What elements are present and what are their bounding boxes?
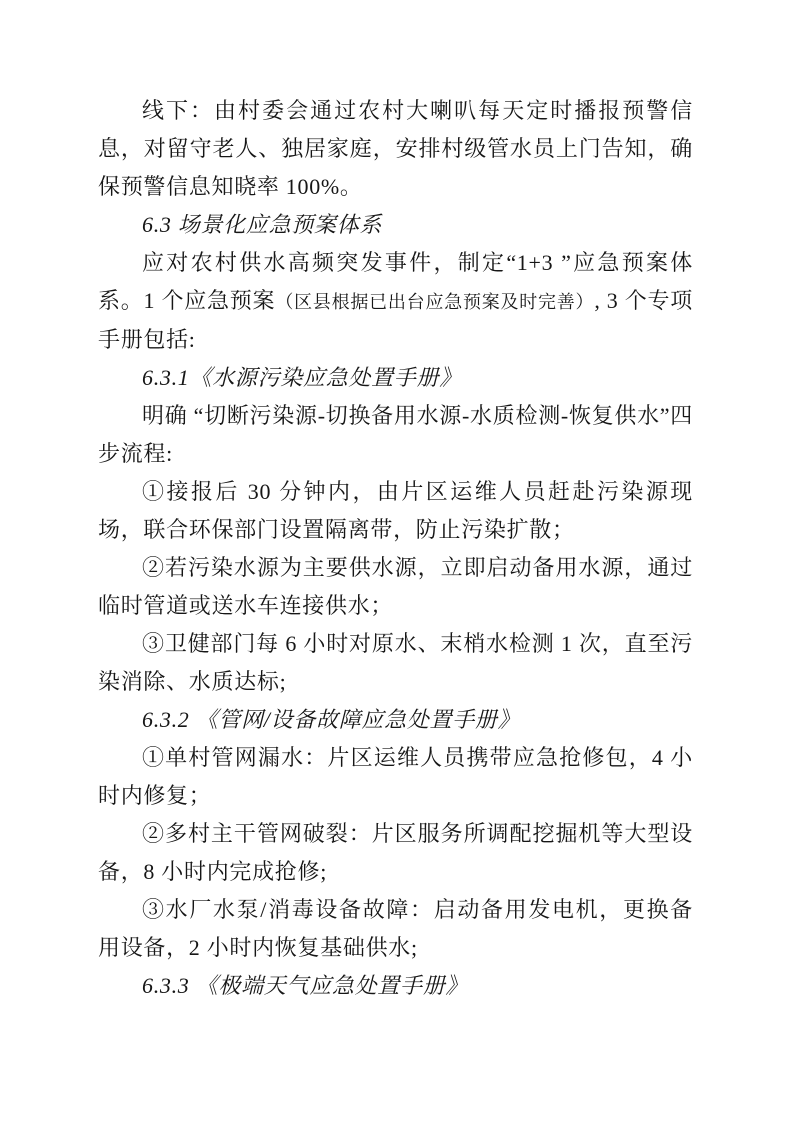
text-segment: 明确 “切断污染源-切换备用水源-水质检测-恢复供水”四步流程: — [98, 403, 693, 466]
text-segment: ③卫健部门每 6 小时对原水、末梢水检测 1 次，直至污染消除、水质达标; — [98, 631, 693, 694]
text-segment: 6.3.1《水源污染应急处置手册》 — [142, 365, 462, 390]
document-body: 线下：由村委会通过农村大喇叭每天定时播报预警信息，对留守老人、独居家庭，安排村级… — [98, 92, 693, 1005]
text-segment: ①单村管网漏水：片区运维人员携带应急抢修包，4 小时内修复； — [98, 745, 693, 808]
heading-6-3: 6.3 场景化应急预案体系 — [98, 206, 693, 244]
para-single-village-leak: ①单村管网漏水：片区运维人员携带应急抢修包，4 小时内修复； — [98, 739, 693, 815]
para-step-3-water-testing: ③卫健部门每 6 小时对原水、末梢水检测 1 次，直至污染消除、水质达标; — [98, 625, 693, 701]
parenthetical-note: （区县根据已出台应急预案及时完善） — [275, 292, 594, 312]
heading-6-3-1: 6.3.1《水源污染应急处置手册》 — [98, 359, 693, 397]
text-segment: ②若污染水源为主要供水源，立即启动备用水源，通过临时管道或送水车连接供水； — [98, 555, 693, 618]
text-segment: ①接报后 30 分钟内，由片区运维人员赶赴污染源现场，联合环保部门设置隔离带，防… — [98, 479, 693, 542]
para-multi-village-rupture: ②多村主干管网破裂：片区服务所调配挖掘机等大型设备，8 小时内完成抢修; — [98, 815, 693, 891]
text-segment: ③水厂水泵/消毒设备故障：启动备用发电机，更换备用设备，2 小时内恢复基础供水; — [98, 897, 693, 960]
text-segment: 6.3.2 《管网/设备故障应急处置手册》 — [142, 707, 520, 732]
heading-6-3-2: 6.3.2 《管网/设备故障应急处置手册》 — [98, 701, 693, 739]
document-page: 线下：由村委会通过农村大喇叭每天定时播报预警信息，对留守老人、独居家庭，安排村级… — [0, 0, 793, 1122]
para-step-1-pollution-site: ①接报后 30 分钟内，由片区运维人员赶赴污染源现场，联合环保部门设置隔离带，防… — [98, 473, 693, 549]
text-segment: ②多村主干管网破裂：片区服务所调配挖掘机等大型设备，8 小时内完成抢修; — [98, 821, 693, 884]
para-four-step-process: 明确 “切断污染源-切换备用水源-水质检测-恢复供水”四步流程: — [98, 397, 693, 473]
para-offline-warning-broadcast: 线下：由村委会通过农村大喇叭每天定时播报预警信息，对留守老人、独居家庭，安排村级… — [98, 92, 693, 206]
heading-6-3-3: 6.3.3 《极端天气应急处置手册》 — [98, 967, 693, 1005]
text-segment: 6.3.3 《极端天气应急处置手册》 — [142, 973, 468, 998]
para-emergency-plan-system: 应对农村供水高频突发事件，制定“1+3 ”应急预案体系。1 个应急预案（区县根据… — [98, 244, 693, 359]
text-segment: 线下：由村委会通过农村大喇叭每天定时播报预警信息，对留守老人、独居家庭，安排村级… — [98, 98, 693, 199]
para-step-2-backup-source: ②若污染水源为主要供水源，立即启动备用水源，通过临时管道或送水车连接供水； — [98, 549, 693, 625]
para-pump-equipment-failure: ③水厂水泵/消毒设备故障：启动备用发电机，更换备用设备，2 小时内恢复基础供水; — [98, 891, 693, 967]
text-segment: 6.3 场景化应急预案体系 — [142, 212, 382, 237]
